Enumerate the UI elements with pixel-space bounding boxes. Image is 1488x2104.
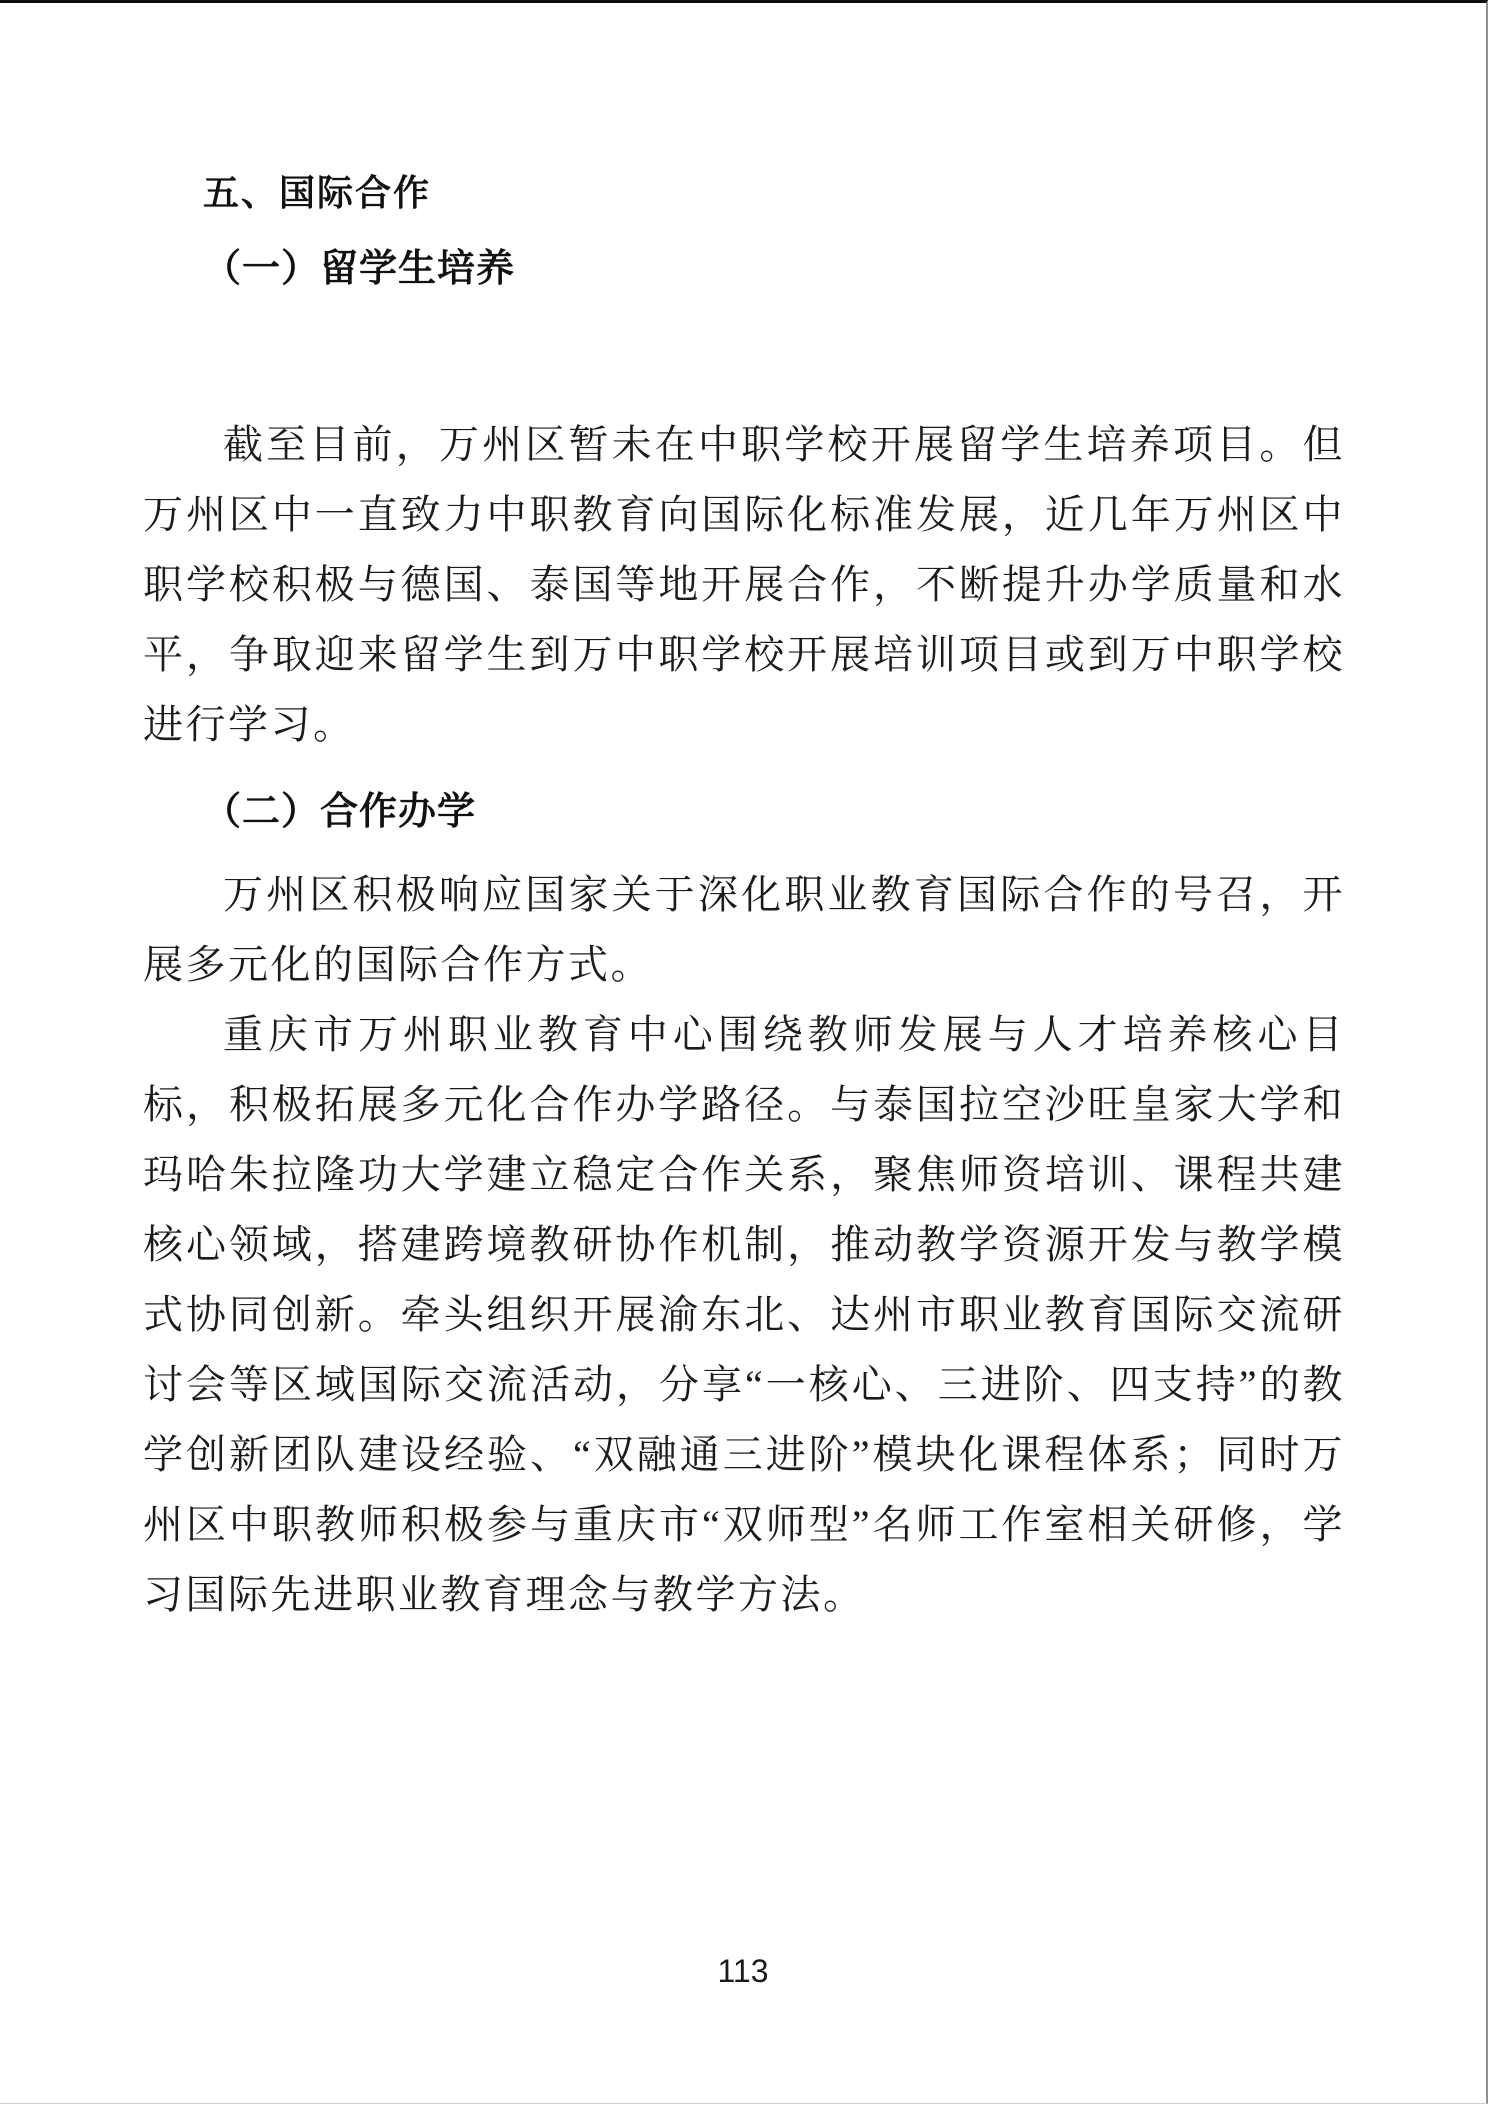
paragraph-cooperation-intro: 万州区积极响应国家关于深化职业教育国际合作的号召，开展多元化的国际合作方式。 (143, 860, 1345, 1000)
paragraph-cooperation-detail: 重庆市万州职业教育中心围绕教师发展与人才培养核心目标，积极拓展多元化合作办学路径… (143, 1000, 1345, 1630)
document-page: 五、国际合作 （一）留学生培养 截至目前，万州区暂未在中职学校开展留学生培养项目… (0, 0, 1488, 2104)
subsection-heading-overseas-students: （一）留学生培养 (203, 234, 1345, 304)
page-number: 113 (0, 1953, 1486, 1990)
text-block: 五、国际合作 （一）留学生培养 截至目前，万州区暂未在中职学校开展留学生培养项目… (0, 3, 1486, 1630)
subsection-heading-cooperative-education: （二）合作办学 (203, 777, 1345, 847)
section-heading: 五、国际合作 (203, 158, 1345, 228)
paragraph-overseas-students: 截至目前，万州区暂未在中职学校开展留学生培养项目。但万州区中一直致力中职教育向国… (143, 410, 1345, 760)
